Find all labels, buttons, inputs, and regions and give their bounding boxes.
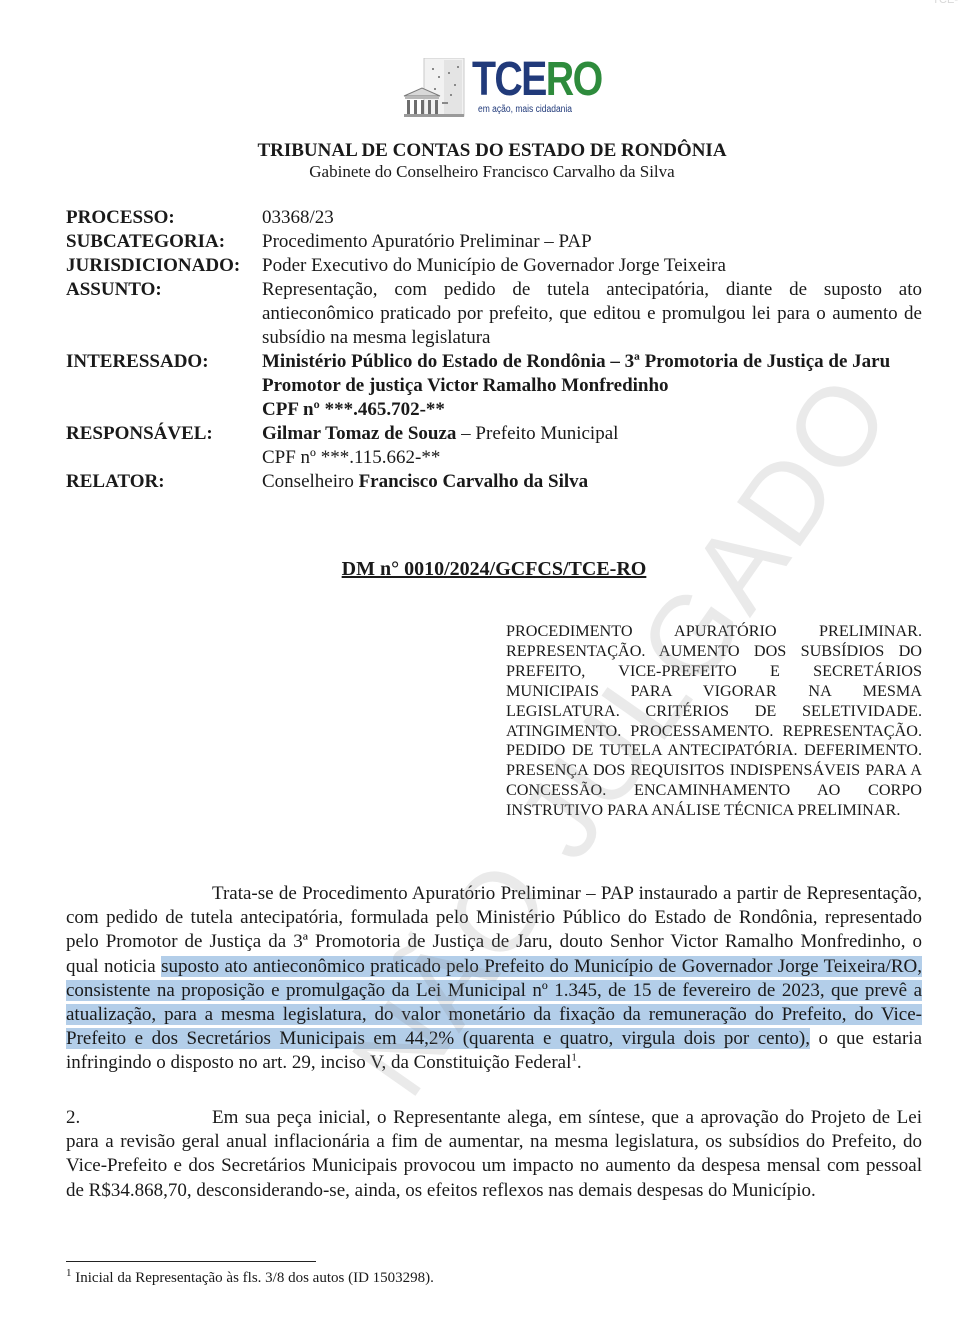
meta-interessado: INTERESSADO: Ministério Público do Estad… xyxy=(66,350,922,422)
paragraph-1: Trata-se de Procedimento Apuratório Prel… xyxy=(66,882,922,1076)
logo-wordmark: TCERO xyxy=(472,52,602,108)
meta-subcategoria: SUBCATEGORIA: Procedimento Apuratório Pr… xyxy=(66,230,922,254)
building-icon xyxy=(402,58,466,118)
footnote-divider xyxy=(66,1261,316,1262)
tcero-logo: TCERO em ação, mais cidadania xyxy=(402,52,592,122)
institution-name: TRIBUNAL DE CONTAS DO ESTADO DE RONDÔNIA xyxy=(0,140,960,162)
highlighted-text[interactable]: suposto ato antieconômico praticado pelo… xyxy=(66,956,922,1050)
corner-mark: TCE- xyxy=(932,0,958,6)
paragraph-2: 2.Em sua peça inicial, o Representante a… xyxy=(66,1106,922,1203)
decision-number: DM n° 0010/2024/GCFCS/TCE-RO xyxy=(0,558,960,581)
ementa: PROCEDIMENTO APURATÓRIO PRELIMINAR. REPR… xyxy=(506,622,922,821)
process-metadata: PROCESSO: 03368/23 SUBCATEGORIA: Procedi… xyxy=(66,206,922,494)
meta-relator: RELATOR: Conselheiro Francisco Carvalho … xyxy=(66,470,922,494)
footnote: 1 Inicial da Representação às fls. 3/8 d… xyxy=(66,1270,434,1287)
meta-responsavel: RESPONSÁVEL: Gilmar Tomaz de Souza – Pre… xyxy=(66,422,922,470)
meta-assunto: ASSUNTO: Representação, com pedido de tu… xyxy=(66,278,922,350)
meta-processo: PROCESSO: 03368/23 xyxy=(66,206,922,230)
paragraph-number: 2. xyxy=(66,1106,212,1130)
office-name: Gabinete do Conselheiro Francisco Carval… xyxy=(0,162,960,182)
logo-tagline: em ação, mais cidadania xyxy=(478,104,572,115)
meta-jurisdicionado: JURISDICIONADO: Poder Executivo do Munic… xyxy=(66,254,922,278)
